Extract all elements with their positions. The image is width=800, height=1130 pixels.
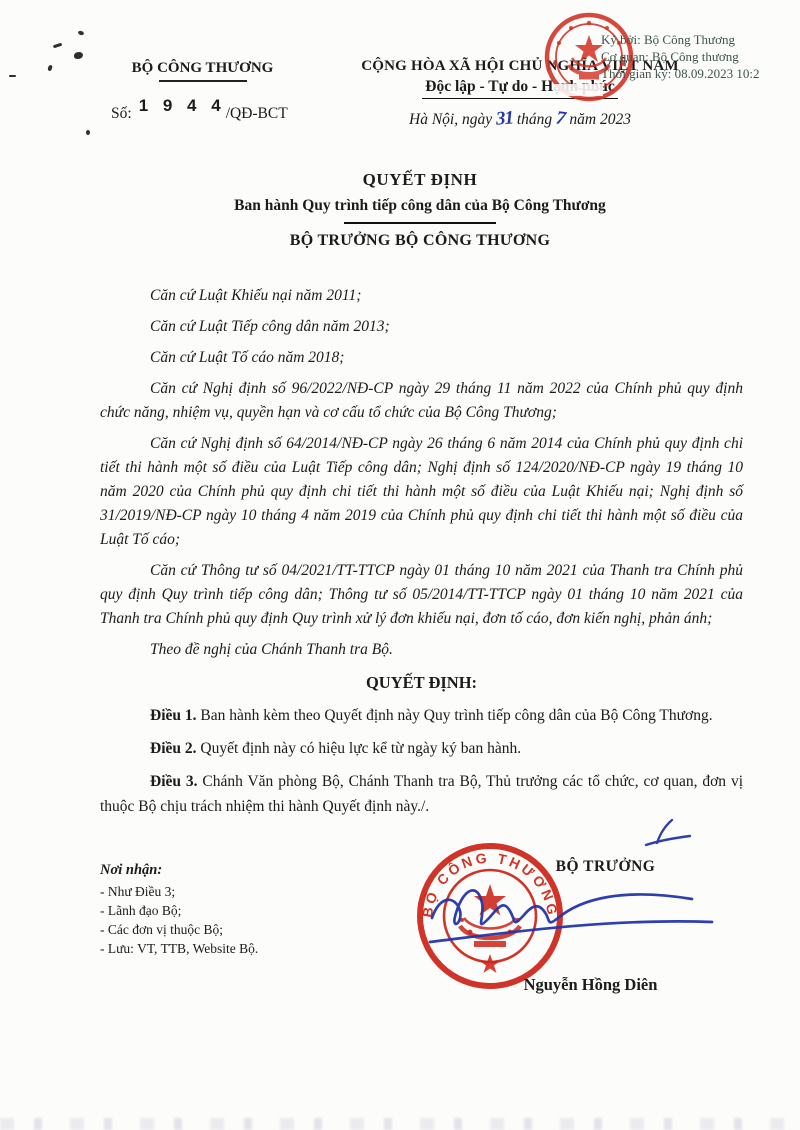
preamble-paragraph: Theo đề nghị của Chánh Thanh tra Bộ. xyxy=(100,638,743,662)
scan-artifact xyxy=(77,30,84,36)
scan-artifact xyxy=(86,130,90,135)
document-number-value: 1 9 4 4 xyxy=(139,96,226,115)
recipient-item: - Lãnh đạo Bộ; xyxy=(100,901,258,920)
article-2-label: Điều 2. xyxy=(150,740,197,757)
article-1: Điều 1. Ban hành kèm theo Quyết định này… xyxy=(100,703,743,728)
issuer-title: BỘ TRƯỞNG BỘ CÔNG THƯƠNG xyxy=(100,232,740,250)
article-3-label: Điều 3. xyxy=(150,773,198,790)
recipient-item: - Như Điều 3; xyxy=(100,882,258,901)
recipient-item: - Các đơn vị thuộc Bộ; xyxy=(100,920,258,939)
digital-signature-info: Ký bởi: Bộ Công Thương Cơ quan: Bộ Công … xyxy=(601,31,760,82)
recipients-block: Nơi nhận: - Như Điều 3; - Lãnh đạo Bộ; -… xyxy=(100,862,258,958)
article-3: Điều 3. Chánh Văn phòng Bộ, Chánh Thanh … xyxy=(100,769,743,819)
recipient-item: - Lưu: VT, TTB, Website Bộ. xyxy=(100,939,258,958)
article-2: Điều 2. Quyết định này có hiệu lực kể từ… xyxy=(100,736,743,761)
recipients-heading: Nơi nhận: xyxy=(100,862,258,879)
preamble-paragraph: Căn cứ Thông tư số 04/2021/TT-TTCP ngày … xyxy=(100,559,743,631)
org-underline xyxy=(159,80,247,82)
document-type-heading: QUYẾT ĐỊNH xyxy=(100,170,740,190)
article-2-text: Quyết định này có hiệu lực kể từ ngày ký… xyxy=(197,740,522,757)
document-number: Số:1 9 4 4/QĐ-BCT xyxy=(95,103,310,123)
digital-signature-agency: Cơ quan: Bộ Công thương xyxy=(601,48,760,65)
preamble-paragraph: Căn cứ Luật Khiếu nại năm 2011; xyxy=(100,284,743,308)
issuing-org-block: BỘ CÔNG THƯƠNG Số:1 9 4 4/QĐ-BCT xyxy=(95,60,310,123)
date-prefix: Hà Nội, ngày xyxy=(409,111,492,128)
signer-name: Nguyễn Hồng Diên xyxy=(468,975,713,995)
preamble-paragraph: Căn cứ Luật Tiếp công dân năm 2013; xyxy=(100,315,743,339)
date-mid: tháng xyxy=(517,111,552,128)
issuing-org-name: BỘ CÔNG THƯƠNG xyxy=(95,60,310,77)
scan-artifact xyxy=(74,52,83,59)
date-suffix: năm 2023 xyxy=(569,111,631,128)
decision-heading: QUYẾT ĐỊNH: xyxy=(100,673,743,693)
article-1-label: Điều 1. xyxy=(150,707,197,724)
digital-signature-signer: Ký bởi: Bộ Công Thương xyxy=(601,31,760,48)
document-title-block: QUYẾT ĐỊNH Ban hành Quy trình tiếp công … xyxy=(100,170,740,250)
handwritten-day: 31 xyxy=(495,107,513,130)
preamble-paragraph: Căn cứ Luật Tố cáo năm 2018; xyxy=(100,346,743,370)
pen-mark-icon xyxy=(642,816,696,852)
scan-artifact xyxy=(9,75,16,77)
preamble-paragraph: Căn cứ Nghị định số 64/2014/NĐ-CP ngày 2… xyxy=(100,432,743,552)
article-1-text: Ban hành kèm theo Quyết định này Quy trì… xyxy=(197,707,713,724)
scan-bleedthrough xyxy=(0,1118,800,1130)
document-body: Căn cứ Luật Khiếu nại năm 2011; Căn cứ L… xyxy=(100,284,743,827)
title-divider xyxy=(344,222,496,224)
signature-overlay-mask xyxy=(553,84,603,96)
document-number-suffix: /QĐ-BCT xyxy=(226,105,288,122)
articles-section: Điều 1. Ban hành kèm theo Quyết định này… xyxy=(100,703,743,819)
preamble-section: Căn cứ Luật Khiếu nại năm 2011; Căn cứ L… xyxy=(100,284,743,662)
document-subject: Ban hành Quy trình tiếp công dân của Bộ … xyxy=(100,197,740,215)
digital-signature-time: Thời gian ký: 08.09.2023 10:2 xyxy=(601,65,760,82)
place-date-line: Hà Nội, ngày 31 tháng 7 năm 2023 xyxy=(320,108,720,130)
document-page: BỘ CÔNG THƯƠNG Số:1 9 4 4/QĐ-BCT CỘNG HÒ… xyxy=(0,0,800,1130)
document-number-label: Số: xyxy=(111,105,132,122)
scan-artifact xyxy=(47,65,52,72)
signature-scrawl-icon xyxy=(424,858,720,968)
handwritten-month: 7 xyxy=(555,107,567,130)
preamble-paragraph: Căn cứ Nghị định số 96/2022/NĐ-CP ngày 2… xyxy=(100,377,743,425)
scan-artifact xyxy=(53,43,62,48)
